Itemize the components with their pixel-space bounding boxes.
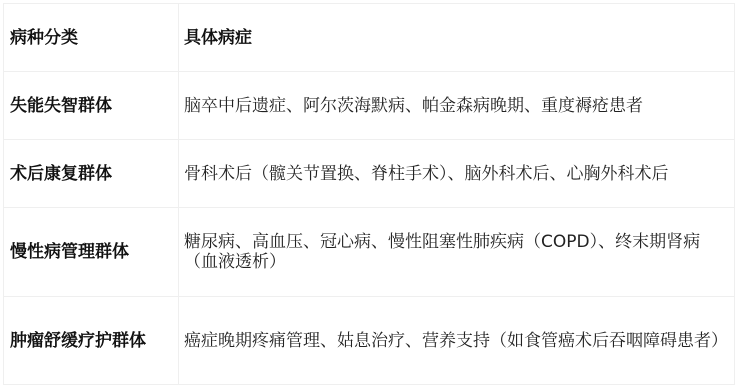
row-conditions: 糖尿病、高血压、冠心病、慢性阻塞性肺疾病（COPD）、终末期肾病（血液透析）: [179, 208, 735, 297]
header-category: 病种分类: [4, 4, 179, 72]
row-conditions: 癌症晚期疼痛管理、姑息治疗、营养支持（如食管癌术后吞咽障碍患者）: [179, 297, 735, 385]
row-category: 失能失智群体: [4, 72, 179, 140]
table-row: 术后康复群体 骨科术后（髋关节置换、脊柱手术）、脑外科术后、心胸外科术后: [4, 140, 735, 208]
row-conditions: 脑卒中后遗症、阿尔茨海默病、帕金森病晚期、重度褥疮患者: [179, 72, 735, 140]
row-category: 慢性病管理群体: [4, 208, 179, 297]
header-conditions: 具体病症: [179, 4, 735, 72]
disease-category-table: 病种分类 具体病症 失能失智群体 脑卒中后遗症、阿尔茨海默病、帕金森病晚期、重度…: [3, 3, 735, 385]
row-category: 术后康复群体: [4, 140, 179, 208]
row-conditions: 骨科术后（髋关节置换、脊柱手术）、脑外科术后、心胸外科术后: [179, 140, 735, 208]
table-row: 肿瘤舒缓疗护群体 癌症晚期疼痛管理、姑息治疗、营养支持（如食管癌术后吞咽障碍患者…: [4, 297, 735, 385]
table-header-row: 病种分类 具体病症: [4, 4, 735, 72]
row-category: 肿瘤舒缓疗护群体: [4, 297, 179, 385]
table-row: 失能失智群体 脑卒中后遗症、阿尔茨海默病、帕金森病晚期、重度褥疮患者: [4, 72, 735, 140]
table-row: 慢性病管理群体 糖尿病、高血压、冠心病、慢性阻塞性肺疾病（COPD）、终末期肾病…: [4, 208, 735, 297]
